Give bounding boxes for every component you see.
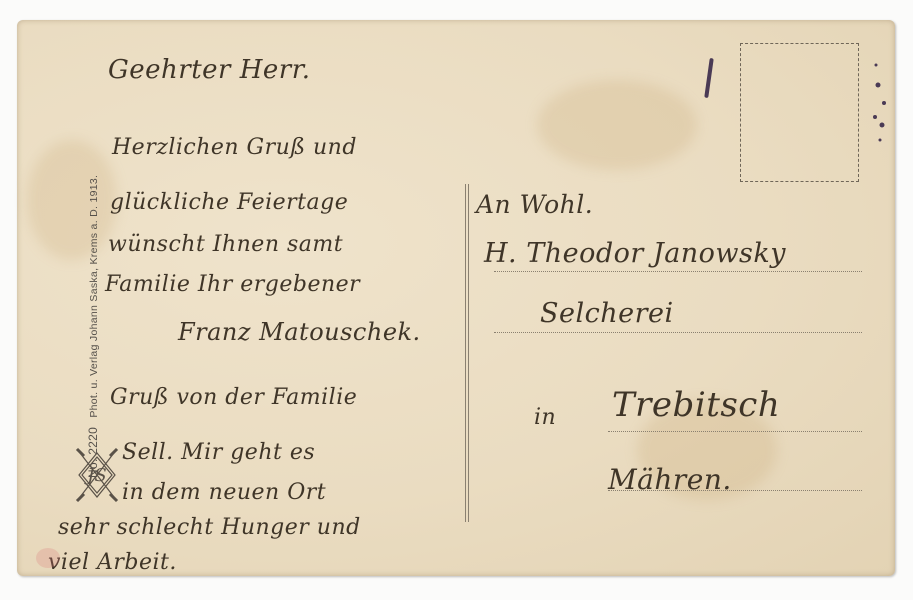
address-line-3 (608, 431, 862, 432)
postmark-ink-spots (870, 55, 890, 145)
address-city-prefix: in (534, 405, 556, 430)
message-signature: Franz Matouschek. (178, 318, 421, 346)
address-line-1 (494, 271, 862, 272)
postscript-line: Sell. Mir geht es (122, 440, 315, 465)
address-region: Mähren. (608, 463, 732, 496)
faded-red-stamp (36, 548, 60, 568)
publisher-text: Phot. u. Verlag Johann Saska, Krems a. D… (88, 175, 100, 418)
message-salutation: Geehrter Herr. (108, 55, 311, 85)
stamp-placeholder-box (740, 43, 859, 182)
address-salutation: An Wohl. (476, 190, 593, 219)
address-line-2 (494, 332, 862, 333)
postscript-line: viel Arbeit. (48, 550, 177, 575)
message-line: Herzlichen Gruß und (112, 135, 357, 160)
card-divider (465, 184, 469, 522)
age-stain (537, 80, 697, 170)
postscript-line: sehr schlecht Hunger und (58, 515, 361, 540)
message-line: wünscht Ihnen samt (108, 232, 343, 257)
message-line: glückliche Feiertage (110, 190, 348, 215)
publisher-imprint: No. 2220 Phot. u. Verlag Johann Saska, K… (86, 175, 100, 478)
postscript-line: in dem neuen Ort (122, 480, 326, 505)
postscript-line: Gruß von der Familie (110, 385, 357, 410)
svg-text:JS: JS (83, 465, 107, 486)
address-business: Selcherei (540, 298, 674, 329)
message-line: Familie Ihr ergebener (105, 272, 360, 297)
address-city: Trebitsch (612, 385, 780, 425)
address-recipient: H. Theodor Janowsky (484, 238, 786, 269)
publisher-logo-icon: JS (75, 445, 119, 505)
age-stain (27, 140, 117, 260)
address-line-4 (608, 490, 862, 491)
